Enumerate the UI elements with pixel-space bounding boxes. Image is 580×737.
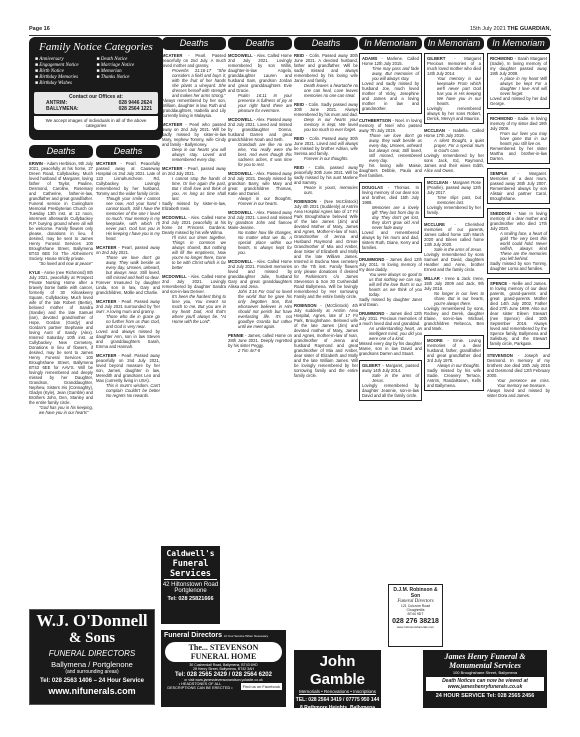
notice-entry: MCDOWELL - Alex. Passed away 2nd July 20… <box>228 117 292 167</box>
notice-entry: STEVENSON - Joseph and Desmond. In memor… <box>487 353 550 398</box>
notice-entry: RICHMOND - Sarah Margaret (Sadie), In lo… <box>487 53 550 109</box>
notice-entry: MCATEER - Pearl. Passed peacefully on 2n… <box>162 53 226 118</box>
section-heading: In Memoriam <box>487 37 550 50</box>
page-number: Page 16 <box>29 26 50 32</box>
notice-entry: REID - Colin. Passed away 30th June 2021… <box>294 53 358 98</box>
notice-column: DeathsERWIN - Adam Herbison, 9th July 20… <box>29 145 93 600</box>
section-heading: Deaths <box>96 145 160 158</box>
category-list: Anniversary Death Notice Engagement Noti… <box>29 53 163 90</box>
section-heading: Deaths <box>162 37 226 50</box>
notice-entry: MCDOWELL - Alex. Called Home 2nd July 20… <box>228 259 292 329</box>
notice-entry: ERWIN - Adam Herbison, 9th July 2021, pe… <box>29 161 93 266</box>
section-heading: Deaths <box>228 37 292 50</box>
notice-entry: MCDOWELL - Alex. Called Home 2nd July 20… <box>228 53 292 113</box>
notice-entry: PENNIE - James, called Home on 28th June… <box>228 333 292 353</box>
notice-column: In MemoriamRICHMOND - Sarah Margaret (Sa… <box>487 37 550 645</box>
notice-entry: DRUMMOND - James died 12th July 2011. In… <box>359 257 422 307</box>
issue-date: 15th July 2021 THE GUARDIAN, <box>470 26 551 32</box>
category-item: Anniversary <box>35 57 96 62</box>
category-item: Birthday Wishes <box>35 81 96 86</box>
notice-entry: MCATEER - Pearl. Passed away 2nd July 20… <box>96 299 160 349</box>
notice-entry: MCCLURE - Cherished memories of our pare… <box>424 222 484 272</box>
notice-column: In MemoriamGILBERT - Margaret Precious m… <box>424 37 484 582</box>
images-accepted-note: We accept images of individuals in all o… <box>34 116 158 130</box>
notice-entry: SNEDDON - Nan In loving memory of a dear… <box>487 208 550 274</box>
family-notice-categories: Family Notice Categories Anniversary Dea… <box>29 37 163 140</box>
category-item: Death Notice <box>97 57 158 62</box>
ad-odonnell: W.J. O'Donnell & Sons FUNERAL DIRECTORS … <box>29 609 155 705</box>
notice-column: DeathsMCATEER - Pearl. Peacefully passed… <box>96 145 160 545</box>
notice-entry: RICHMOND - Sadie. In loving memory of my… <box>487 113 550 164</box>
contact-offices: Contact our Offices at: ANTRIM:028 9446 … <box>34 92 158 114</box>
notice-entry: GILBERT - Margaret Precious memories of … <box>424 53 484 124</box>
page-header: Page 16 15th July 2021 THE GUARDIAN, <box>29 26 551 36</box>
section-heading: Deaths <box>294 37 358 50</box>
notice-entry: MCDOWELL - Alex. Called Home 2nd July 20… <box>162 274 226 324</box>
ad-john-gamble: John Gamble Memorials • Renovations • In… <box>294 650 381 708</box>
ad-caldwell: Caldwell's Funeral Services 42 Hiltonsto… <box>161 546 220 624</box>
notice-entry: GILBERT - Margaret, passed away 14th Jul… <box>359 360 422 401</box>
notice-entry: MCATEER - Pearl, passed away on 2nd July… <box>162 166 226 211</box>
notice-entry: REID - Colin, passed away peacefully 30t… <box>294 165 358 195</box>
notice-entry: MCDOWELL - Alex. Passed away 2nd July 20… <box>228 171 292 206</box>
notice-entry: ROBINSON - (Nee McClintock) July 4th 202… <box>294 199 358 299</box>
category-item: Thanks Notice <box>97 75 158 80</box>
category-item: Marriage Notice <box>97 63 158 68</box>
notice-entry: MCDOWELL - Alex. Called Home 2nd July 20… <box>162 215 226 270</box>
notice-entry: ADAMS - Marlene. Called Home 12th July 2… <box>359 53 422 114</box>
ad-robinson: D.J.M. Robinson & Son Funeral Directors … <box>388 584 443 647</box>
notice-entry: DRUMMOND - James died 12th July 2011. Pr… <box>359 311 422 356</box>
notice-entry: CUTHBERTSON - Noel. In loving memory of … <box>359 118 422 178</box>
notice-column: DeathsREID - Colin. Passed away 30th Jun… <box>294 37 358 645</box>
notice-entry: MCATEER - Pearl. Passed away peacefully … <box>96 353 160 398</box>
notice-entry: DOUGLAS - Thomas. In loving memory of ou… <box>359 182 422 253</box>
facebook-icon: Find us on Facebook <box>241 683 282 690</box>
notice-entry: REID - Colin. Passed away 30th June 2021… <box>294 136 358 161</box>
notice-entry: MILLAR - Irene & Jack. Irene, 15th July … <box>424 276 484 331</box>
notice-column: DeathsMCDOWELL - Alex. Called Home 2nd J… <box>228 37 292 623</box>
notice-entry: SEMPLE - Margaret. Memories of a dear mu… <box>487 168 550 204</box>
notice-entry: SPENCE - Nellie and James. In loving mem… <box>487 278 550 349</box>
ad-stevenson: Funeral Directors At Your Service When N… <box>161 630 286 707</box>
notice-entry: MCATEER - Pearl, passed away on 2nd July… <box>96 245 160 295</box>
category-item: Birth Notice <box>35 69 96 74</box>
notice-entry: MCATEER - Pearl who passed away on 2nd J… <box>162 122 226 162</box>
notice-column: DeathsMCATEER - Pearl. Passed peacefully… <box>162 37 226 542</box>
notice-column: In MemoriamADAMS - Marlene. Called Home … <box>359 37 422 645</box>
notice-entry: MCDOWELL - Alex. Passed away 2nd July 20… <box>228 210 292 255</box>
section-heading: Deaths <box>29 145 93 158</box>
notice-entry: REID - Colin. Sadly passed away 30th Jun… <box>294 102 358 132</box>
notice-entry: ROBINSON - (McClintock) 4th July suddenl… <box>294 303 358 378</box>
section-heading: In Memoriam <box>359 37 422 50</box>
ad-james-henry: James Henry Funeral & Monumental Service… <box>423 650 547 708</box>
category-item: Birthday Memories <box>35 75 96 80</box>
section-heading: In Memoriam <box>424 37 484 50</box>
category-item: Memorian <box>97 69 158 74</box>
notice-entry: MCCLEAN - Margaret Rose (Pearlie), passe… <box>424 177 484 218</box>
notice-entry: KYLE - Annie (nee Richmond) 8th July 202… <box>29 270 93 415</box>
notice-entry: MCATEER - Pearl. Peacefully passed away … <box>96 161 160 241</box>
office-ballymena: BALLYMENA:028 2564 1221 <box>46 106 152 112</box>
category-item: Engagement Notice <box>35 63 96 68</box>
notice-entry: MOORE - Ernie. Loving memories of a dear… <box>424 335 484 391</box>
categories-title: Family Notice Categories <box>29 41 163 53</box>
notice-entry: MCCLEAN - Isabella. Called Home 17th Jul… <box>424 128 484 173</box>
